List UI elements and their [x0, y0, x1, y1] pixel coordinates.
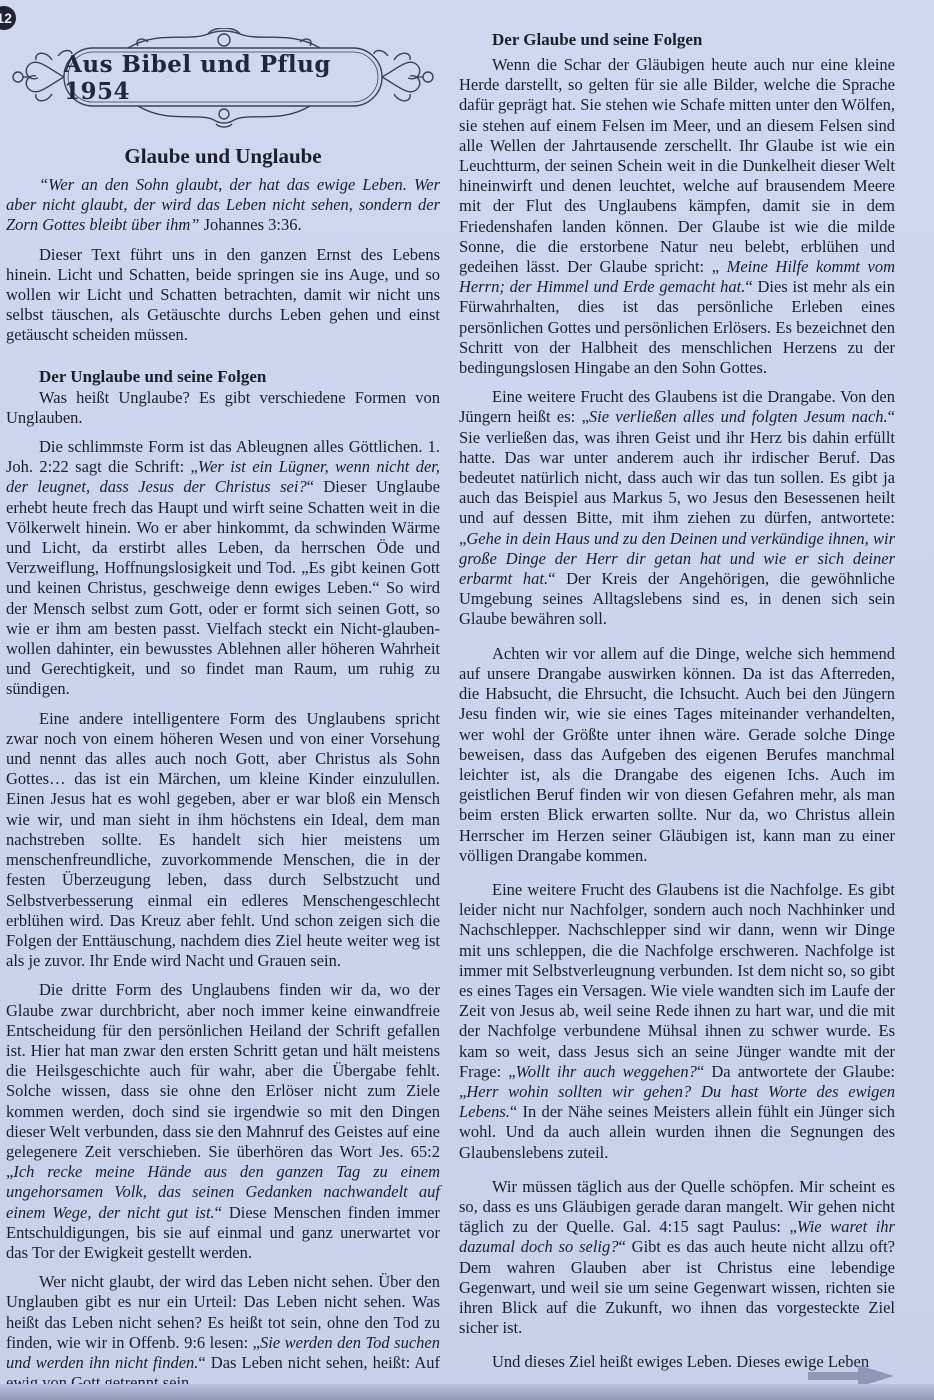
magazine-page: 12 [0, 0, 934, 1400]
page-number-badge: 12 [0, 6, 16, 30]
paragraph-text: “ In der Nähe seines Meisters allein füh… [459, 1102, 895, 1161]
intro-reference: Johannes 3:36. [199, 215, 301, 234]
paragraph: Eine weitere Frucht des Glaubens ist die… [459, 387, 895, 629]
section-title-glaube: Der Glaube und seine Folgen [459, 29, 895, 51]
paragraph: Was heißt Unglaube? Es gibt verschiedene… [6, 388, 440, 428]
paragraph: Die dritte Form des Unglaubens finden wi… [6, 980, 440, 1263]
right-column: Der Glaube und seine Folgen Wenn die Sch… [459, 29, 895, 1373]
paragraph: Wer nicht glaubt, der wird das Leben nic… [6, 1272, 440, 1393]
page-number: 12 [0, 10, 12, 26]
banner-title: Aus Bibel und Pflug 1954 [64, 58, 384, 98]
paragraph: Wir müssen täglich aus der Quelle schöpf… [459, 1177, 895, 1339]
paragraph-text: Eine weitere Frucht des Glaubens ist die… [459, 880, 895, 1081]
paragraph: Eine weitere Frucht des Glaubens ist die… [459, 880, 895, 1163]
paragraph: Achten wir vor allem auf die Dinge, welc… [459, 644, 895, 866]
paragraph-text: “ Sie verließen das, was ihren Geist und… [459, 407, 895, 547]
paragraph: Wenn die Schar der Gläubigen heute auch … [459, 55, 895, 378]
page-edge-shadow [0, 1384, 934, 1400]
paragraph-text: “ Dieser Unglaube erhebt heute frech das… [6, 477, 440, 698]
paragraph: Die schlimmste Form ist das Ableugnen al… [6, 437, 440, 700]
section-title-unglaube: Der Unglaube und seine Folgen [6, 366, 440, 388]
left-column: “Wer an den Sohn glaubt, der hat das ewi… [6, 175, 440, 1393]
ornamental-banner: Aus Bibel und Pflug 1954 [8, 28, 440, 128]
intro-quote: “Wer an den Sohn glaubt, der hat das ewi… [6, 175, 440, 236]
intro-paragraph: Dieser Text führt uns in den ganzen Erns… [6, 245, 440, 346]
paragraph: Eine andere intelligentere Form des Ungl… [6, 709, 440, 972]
paragraph-text: Die dritte Form des Unglaubens finden wi… [6, 980, 440, 1181]
article-title: Glaube und Unglaube [6, 144, 440, 168]
scripture-quote: Sie verließen alles und folgten Jesum na… [589, 407, 888, 426]
scripture-quote: Wollt ihr auch weggehen? [516, 1062, 697, 1081]
paragraph-text: Wenn die Schar der Gläubigen heute auch … [459, 55, 895, 276]
